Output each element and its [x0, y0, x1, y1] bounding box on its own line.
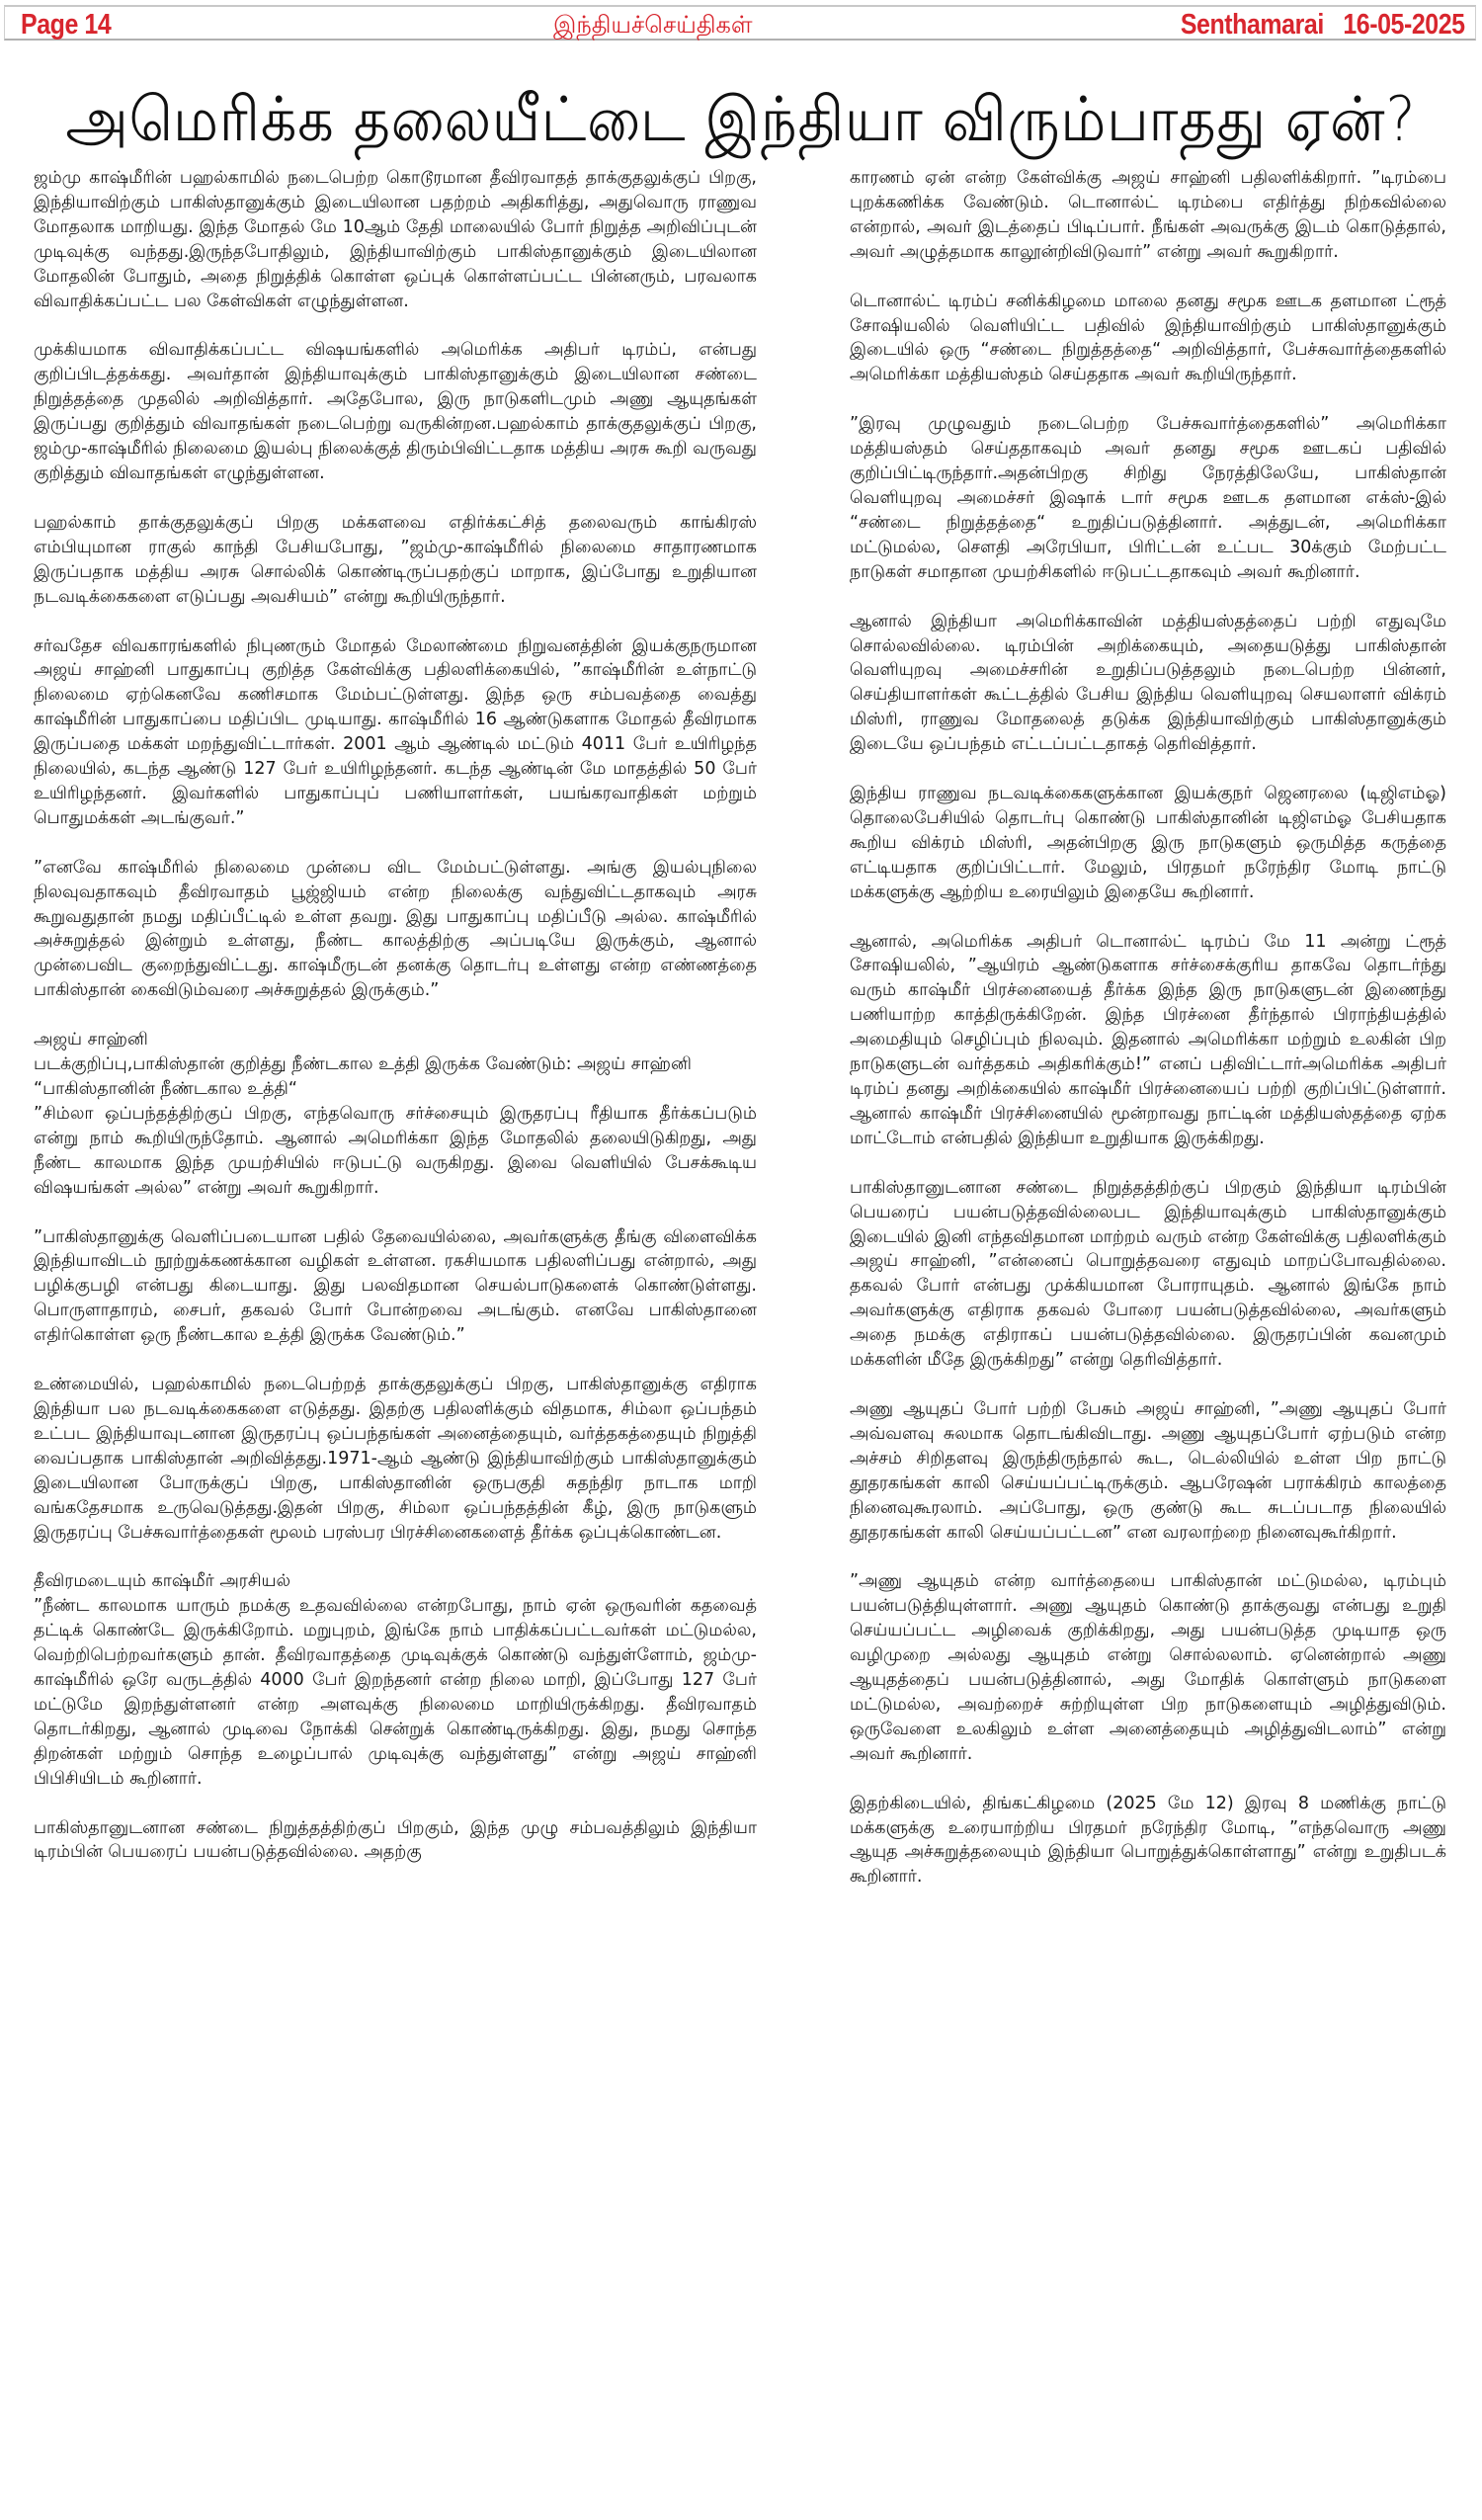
paragraph: ஜம்மு காஷ்மீரின் பஹல்காமில் நடைபெற்ற கொட… — [34, 166, 757, 313]
paragraph: பஹல்காம் தாக்குதலுக்குப் பிறகு மக்களவை எ… — [34, 511, 757, 610]
paragraph: பாகிஸ்தானுடனான சண்டை நிறுத்தத்திற்குப் ப… — [850, 1176, 1446, 1373]
paragraph: ”நீண்ட காலமாக யாரும் நமக்கு உதவவில்லை என… — [34, 1594, 757, 1791]
issue-date: 16-05-2025 — [1344, 9, 1465, 41]
paragraph: ஆனால் இந்தியா அமெரிக்காவின் மத்தியஸ்தத்த… — [850, 610, 1446, 757]
paragraph: சர்வதேச விவகாரங்களில் நிபுணரும் மோதல் மே… — [34, 634, 757, 831]
paragraph: ”இரவு முழுவதும் நடைபெற்ற பேச்சுவார்த்தைக… — [850, 412, 1446, 584]
article-column-left: ஜம்மு காஷ்மீரின் பஹல்காமில் நடைபெற்ற கொட… — [34, 166, 757, 1890]
paragraph: ”சிம்லா ஒப்பந்தத்திற்குப் பிறகு, எந்தவொர… — [34, 1102, 757, 1201]
paragraph: உண்மையில், பஹல்காமில் நடைபெற்றத் தாக்குத… — [34, 1373, 757, 1545]
publication-name: Senthamarai — [1181, 9, 1324, 41]
masthead-date: Senthamarai 16-05-2025 — [1181, 9, 1465, 42]
paragraph: முக்கியமாக விவாதிக்கப்பட்ட விஷயங்களில் அ… — [34, 338, 757, 485]
paragraph: பாகிஸ்தானுடனான சண்டை நிறுத்தத்திற்குப் ப… — [34, 1816, 757, 1866]
page-number: Page 14 — [21, 9, 111, 42]
paragraph: ”அணு ஆயுதம் என்ற வார்த்தையை பாகிஸ்தான் ம… — [850, 1569, 1446, 1766]
paragraph: ஆனால், அமெரிக்க அதிபர் டொனால்ட் டிரம்ப் … — [850, 930, 1446, 1151]
page-header: Page 14 இந்தியச்செய்திகள் Senthamarai 16… — [4, 5, 1476, 41]
subheading: தீவிரமடையும் காஷ்மீர் அரசியல் — [34, 1569, 757, 1594]
paragraph: ”எனவே காஷ்மீரில் நிலைமை முன்பை விட மேம்ப… — [34, 856, 757, 1003]
article-column-right: காரணம் ஏன் என்ற கேள்விக்கு அஜய் சாஹ்னி ப… — [850, 166, 1446, 1914]
paragraph: டொனால்ட் டிரம்ப் சனிக்கிழமை மாலை தனது சம… — [850, 290, 1446, 388]
article-headline: அமெரிக்க தலையீட்டை இந்தியா விரும்பாதது ஏ… — [59, 83, 1423, 164]
photo-credit-name: அஜய் சாஹ்னி — [34, 1028, 757, 1052]
subheading: “பாகிஸ்தானின் நீண்டகால உத்தி“ — [34, 1077, 757, 1102]
photo-caption: படக்குறிப்பு,பாகிஸ்தான் குறித்து நீண்டகா… — [34, 1052, 757, 1077]
paragraph: இதற்கிடையில், திங்கட்கிழமை (2025 மே 12) … — [850, 1792, 1446, 1890]
paragraph: காரணம் ஏன் என்ற கேள்விக்கு அஜய் சாஹ்னி ப… — [850, 166, 1446, 265]
paragraph: ”பாகிஸ்தானுக்கு வெளிப்படையான பதில் தேவைய… — [34, 1225, 757, 1349]
section-title: இந்தியச்செய்திகள் — [553, 11, 753, 42]
paragraph: அணு ஆயுதப் போர் பற்றி பேசும் அஜய் சாஹ்னி… — [850, 1397, 1446, 1545]
paragraph: இந்திய ராணுவ நடவடிக்கைகளுக்கான இயக்குநர்… — [850, 782, 1446, 905]
